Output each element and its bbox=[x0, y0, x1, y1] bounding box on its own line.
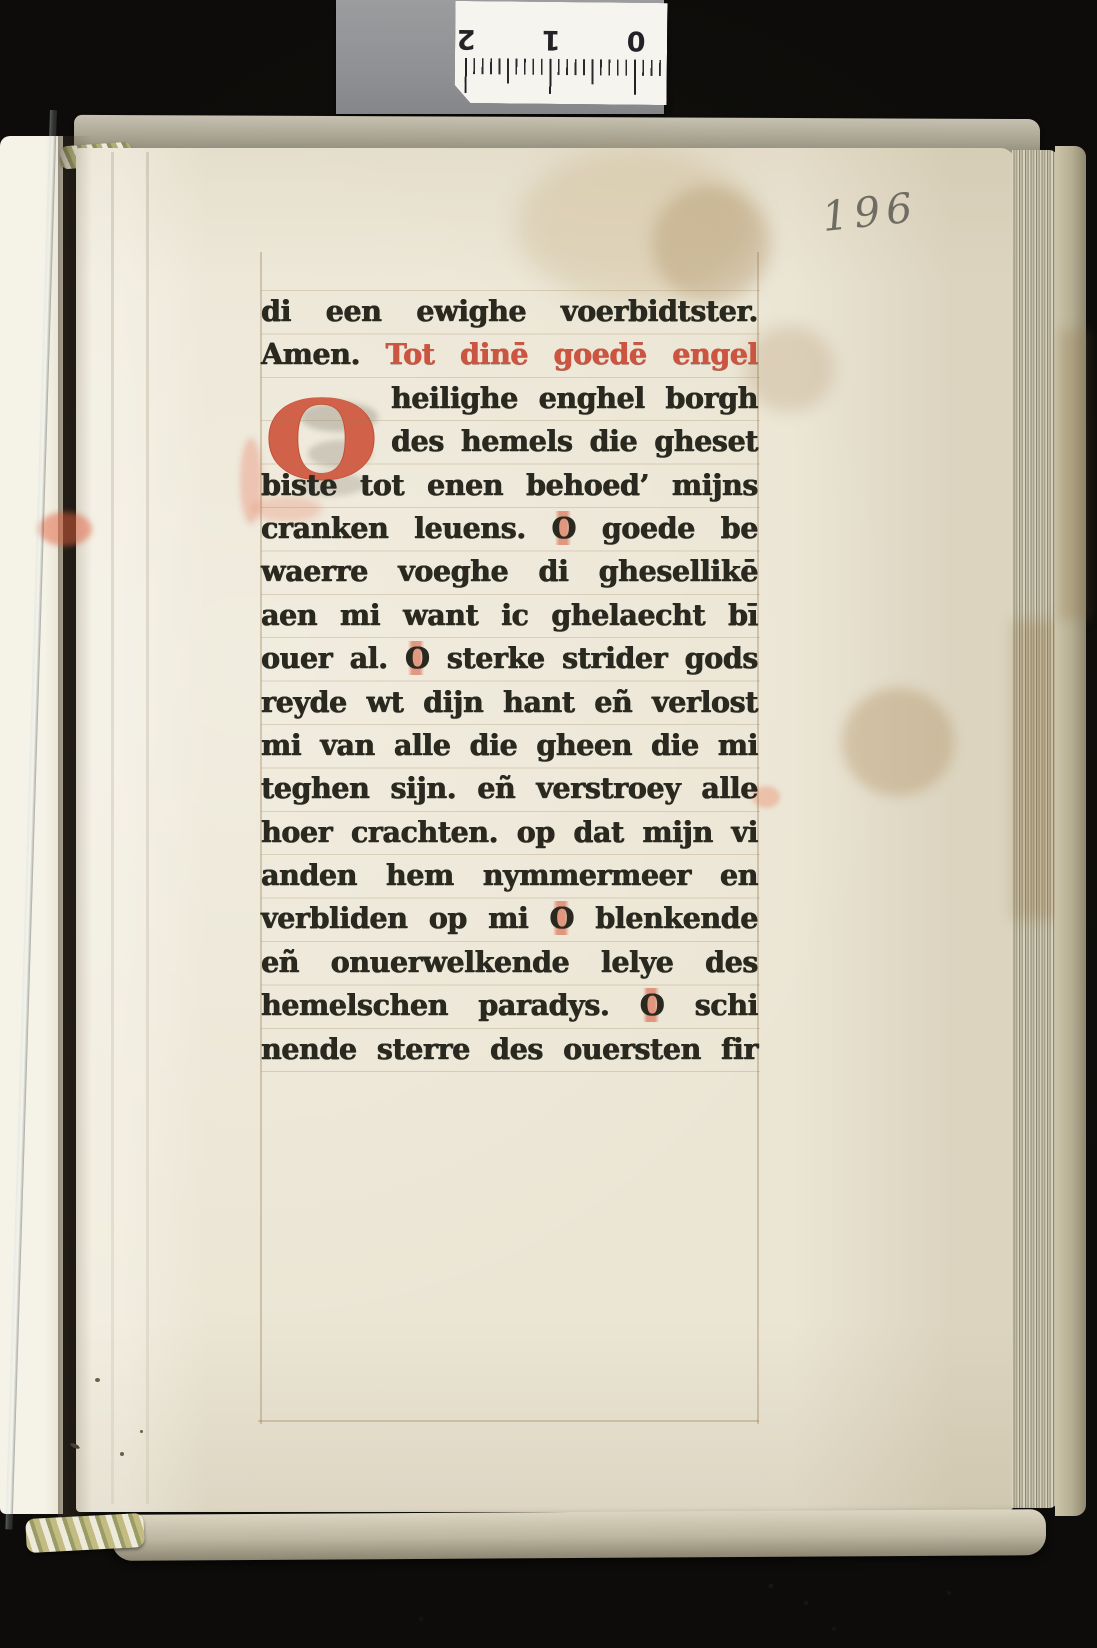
gutter-shadow bbox=[58, 136, 92, 1524]
ink-text: hoer crachten. op dat mijn vi bbox=[261, 815, 758, 849]
ink-text: hemelschen paradys. bbox=[261, 988, 609, 1022]
ink-text: di een ewighe voerbidtster. bbox=[261, 294, 758, 328]
manuscript-photo: 2 1 0 196 O di een ewighe vo bbox=[0, 0, 1097, 1648]
text-line: ouer al. O sterke strider gods bbox=[261, 637, 758, 680]
text-line: verbliden op mi O blenkende bbox=[261, 897, 758, 940]
endband-bottom bbox=[25, 1513, 145, 1553]
dirt-speck bbox=[140, 1430, 143, 1433]
page-crease bbox=[111, 152, 114, 1504]
ink-text: nende sterre des ouersten fir bbox=[261, 1032, 758, 1066]
text-line: cranken leuens. O goede be bbox=[261, 507, 758, 550]
ink-text: biste tot enen behoed’ mijns bbox=[261, 468, 758, 502]
page-crease bbox=[146, 152, 149, 1504]
text-line: biste tot enen behoed’ mijns bbox=[261, 464, 758, 507]
text-line: reyde wt dijn hant eñ verlost bbox=[261, 681, 758, 724]
ink-text: sterke strider gods bbox=[447, 641, 758, 675]
ruler: 2 1 0 bbox=[454, 1, 667, 105]
fabric-speckles bbox=[0, 0, 2, 2]
ruler-number-1: 1 bbox=[540, 24, 562, 55]
dirt-speck bbox=[120, 1452, 124, 1456]
text-line: heilighe enghel borgh bbox=[261, 377, 758, 420]
touched-initial: O bbox=[550, 901, 574, 935]
touched-initial: O bbox=[640, 988, 664, 1022]
ink-text: waerre voeghe di ghesellikē bbox=[261, 554, 758, 588]
ink-text: mi van alle die gheen die mi bbox=[261, 728, 758, 762]
ink-text: schi bbox=[695, 988, 758, 1022]
text-line: mi van alle die gheen die mi bbox=[261, 724, 758, 767]
ink-text: reyde wt dijn hant eñ verlost bbox=[261, 685, 758, 719]
touched-initial: O bbox=[405, 641, 429, 675]
folio-number: 196 bbox=[820, 183, 921, 241]
ink-text: aen mi want ic ghelaecht bī bbox=[261, 598, 758, 632]
ruler-number-2: 2 bbox=[455, 23, 477, 54]
page-edge-stain bbox=[1012, 620, 1058, 920]
text-line: eñ onuerwelkende lelye des bbox=[261, 941, 758, 984]
text-line: Amen. Tot dinē goedē engel bbox=[261, 333, 758, 376]
ink-text: Amen. bbox=[261, 337, 360, 371]
ruler-ticks-cm bbox=[465, 58, 661, 95]
ink-text: des hemels die gheset bbox=[391, 424, 758, 458]
vellum-cover-bottom-edge bbox=[112, 1509, 1046, 1561]
ink-text: verbliden op mi bbox=[261, 901, 528, 935]
text-line: di een ewighe voerbidtster. bbox=[261, 290, 758, 333]
text-line: hemelschen paradys. O schi bbox=[261, 984, 758, 1027]
rubric-text: Tot dinē goedē engel bbox=[386, 337, 758, 371]
text-line: des hemels die gheset bbox=[261, 420, 758, 463]
text-line: hoer crachten. op dat mijn vi bbox=[261, 811, 758, 854]
ink-text: goede be bbox=[602, 511, 758, 545]
text-line: aen mi want ic ghelaecht bī bbox=[261, 594, 758, 637]
parchment-stain bbox=[652, 186, 770, 302]
ruling-horizontal-bottom bbox=[258, 1420, 759, 1422]
touched-initial: O bbox=[552, 511, 576, 545]
ink-text: cranken leuens. bbox=[261, 511, 526, 545]
text-line: nende sterre des ouersten fir bbox=[261, 1028, 758, 1071]
ruler-number-0: 0 bbox=[625, 25, 647, 56]
ink-text: anden hem nymmermeer en bbox=[261, 858, 758, 892]
ink-text: heilighe enghel borgh bbox=[391, 381, 758, 415]
ink-text: ouer al. bbox=[261, 641, 388, 675]
text-line: anden hem nymmermeer en bbox=[261, 854, 758, 897]
photo-scale-card: 2 1 0 bbox=[336, 0, 664, 114]
cover-stain bbox=[1058, 330, 1088, 620]
parchment-stain bbox=[842, 688, 954, 796]
ink-text: blenkende bbox=[595, 901, 758, 935]
text-line: waerre voeghe di ghesellikē bbox=[261, 550, 758, 593]
text-line: teghen sijn. eñ verstroey alle bbox=[261, 767, 758, 810]
text-block: di een ewighe voerbidtster. Amen. Tot di… bbox=[261, 290, 760, 1074]
dirt-speck bbox=[95, 1378, 100, 1382]
ink-text: eñ onuerwelkende lelye des bbox=[261, 945, 758, 979]
red-pigment-smudge bbox=[38, 512, 92, 546]
ink-text: teghen sijn. eñ verstroey alle bbox=[261, 771, 758, 805]
